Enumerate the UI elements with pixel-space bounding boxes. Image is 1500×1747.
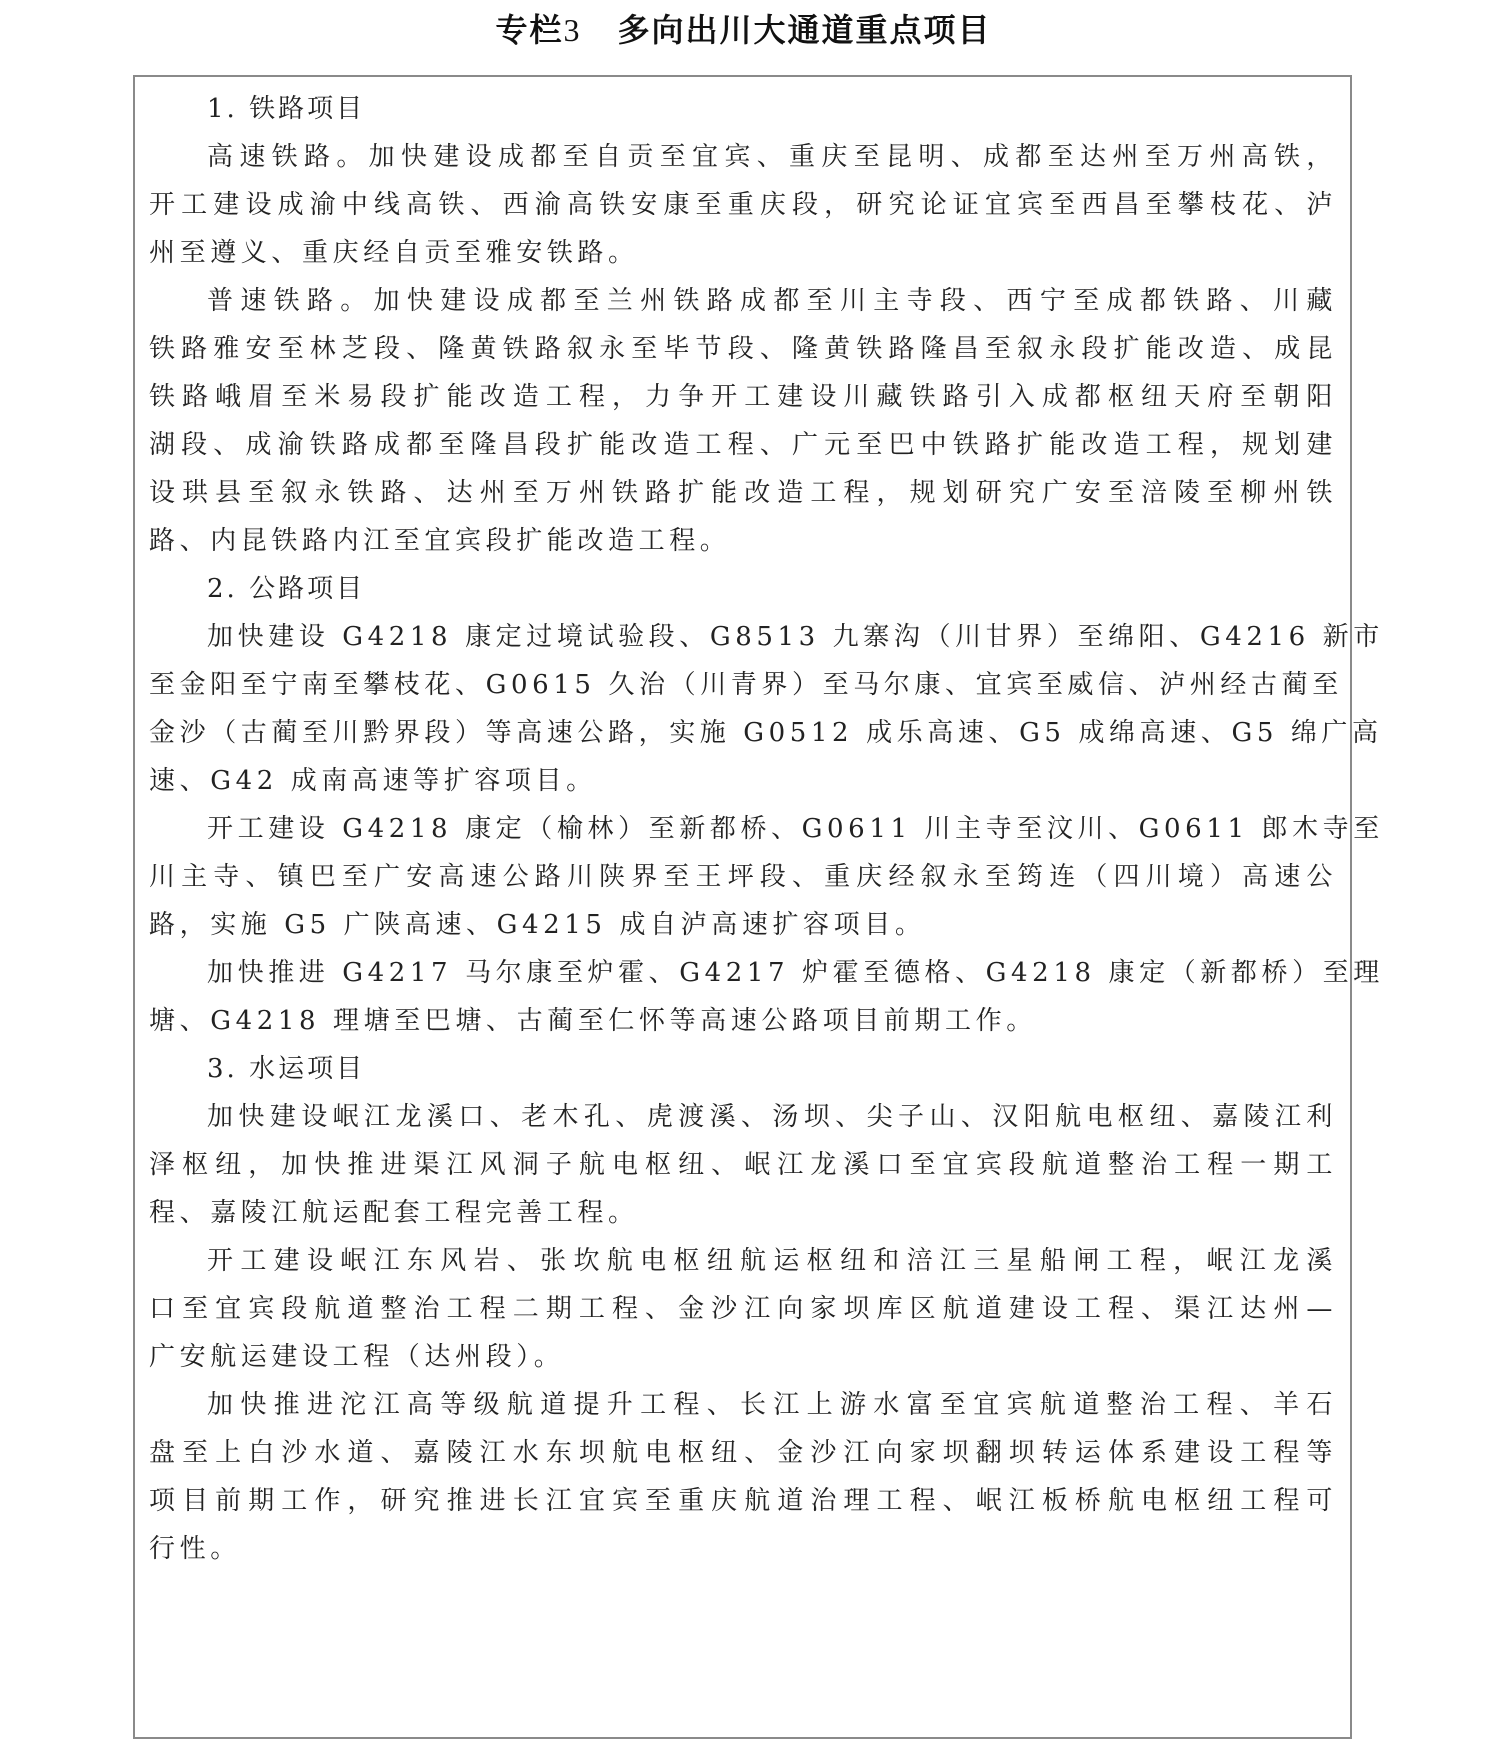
paragraph-highway-accelerate: 加快建设 G4218 康定过境试验段、G8513 九寨沟（川甘界）至绵阳、G42… — [149, 613, 1337, 805]
text-line: 项目前期工作，研究推进长江宜宾至重庆航道治理工程、岷江板桥航电枢纽工程可 — [149, 1477, 1337, 1525]
text-line: 开工建设岷江东风岩、张坎航电枢纽航运枢纽和涪江三星船闸工程，岷江龙溪 — [149, 1237, 1337, 1285]
text-line: 口至宜宾段航道整治工程二期工程、金沙江向家坝库区航道建设工程、渠江达州— — [149, 1285, 1337, 1333]
text-line: 程、嘉陵江航运配套工程完善工程。 — [149, 1189, 1337, 1237]
paragraph-waterway-start: 开工建设岷江东风岩、张坎航电枢纽航运枢纽和涪江三星船闸工程，岷江龙溪 口至宜宾段… — [149, 1237, 1337, 1381]
column-label: 专栏 — [495, 11, 563, 49]
text-line: 加快建设岷江龙溪口、老木孔、虎渡溪、汤坝、尖子山、汉阳航电枢纽、嘉陵江利 — [149, 1093, 1337, 1141]
text-line: 路、内昆铁路内江至宜宾段扩能改造工程。 — [149, 517, 1337, 565]
section-heading: 3. 水运项目 — [149, 1045, 1337, 1093]
column-title-text: 多向出川大通道重点项目 — [618, 11, 992, 49]
text-line: 铁路雅安至林芝段、隆黄铁路叙永至毕节段、隆黄铁路隆昌至叙永段扩能改造、成昆 — [149, 325, 1337, 373]
paragraph-highway-preliminary: 加快推进 G4217 马尔康至炉霍、G4217 炉霍至德格、G4218 康定（新… — [149, 949, 1337, 1045]
text-line: 速、G42 成南高速等扩容项目。 — [149, 757, 1337, 805]
text-line: 设珙县至叙永铁路、达州至万州铁路扩能改造工程，规划研究广安至涪陵至柳州铁 — [149, 469, 1337, 517]
section-heading: 2. 公路项目 — [149, 565, 1337, 613]
column-box: 1. 铁路项目 高速铁路。加快建设成都至自贡至宜宾、重庆至昆明、成都至达州至万州… — [133, 75, 1352, 1739]
text-line: 开工建设 G4218 康定（榆林）至新都桥、G0611 川主寺至汶川、G0611… — [149, 805, 1337, 853]
paragraph-highway-start: 开工建设 G4218 康定（榆林）至新都桥、G0611 川主寺至汶川、G0611… — [149, 805, 1337, 949]
column-title: 专栏3多向出川大通道重点项目 — [133, 8, 1354, 52]
text-line: 加快推进 G4217 马尔康至炉霍、G4217 炉霍至德格、G4218 康定（新… — [149, 949, 1337, 997]
text-line: 广安航运建设工程（达州段）。 — [149, 1333, 1337, 1381]
text-line: 川主寺、镇巴至广安高速公路川陕界至王坪段、重庆经叙永至筠连（四川境）高速公 — [149, 853, 1337, 901]
text-line: 普速铁路。加快建设成都至兰州铁路成都至川主寺段、西宁至成都铁路、川藏 — [149, 277, 1337, 325]
text-line: 铁路峨眉至米易段扩能改造工程，力争开工建设川藏铁路引入成都枢纽天府至朝阳 — [149, 373, 1337, 421]
section-highway: 2. 公路项目 加快建设 G4218 康定过境试验段、G8513 九寨沟（川甘界… — [149, 565, 1337, 1045]
text-line: 行性。 — [149, 1525, 1337, 1573]
text-line: 高速铁路。加快建设成都至自贡至宜宾、重庆至昆明、成都至达州至万州高铁， — [149, 133, 1337, 181]
text-line: 开工建设成渝中线高铁、西渝高铁安康至重庆段，研究论证宜宾至西昌至攀枝花、泸 — [149, 181, 1337, 229]
paragraph-conventional-rail: 普速铁路。加快建设成都至兰州铁路成都至川主寺段、西宁至成都铁路、川藏 铁路雅安至… — [149, 277, 1337, 565]
text-line: 州至遵义、重庆经自贡至雅安铁路。 — [149, 229, 1337, 277]
text-line: 加快推进沱江高等级航道提升工程、长江上游水富至宜宾航道整治工程、羊石 — [149, 1381, 1337, 1429]
paragraph-waterway-preliminary: 加快推进沱江高等级航道提升工程、长江上游水富至宜宾航道整治工程、羊石 盘至上白沙… — [149, 1381, 1337, 1573]
paragraph-waterway-accelerate: 加快建设岷江龙溪口、老木孔、虎渡溪、汤坝、尖子山、汉阳航电枢纽、嘉陵江利 泽枢纽… — [149, 1093, 1337, 1237]
column-number: 3 — [564, 12, 582, 48]
section-railway: 1. 铁路项目 高速铁路。加快建设成都至自贡至宜宾、重庆至昆明、成都至达州至万州… — [149, 85, 1337, 565]
text-line: 金沙（古蔺至川黔界段）等高速公路，实施 G0512 成乐高速、G5 成绵高速、G… — [149, 709, 1337, 757]
section-waterway: 3. 水运项目 加快建设岷江龙溪口、老木孔、虎渡溪、汤坝、尖子山、汉阳航电枢纽、… — [149, 1045, 1337, 1573]
section-heading: 1. 铁路项目 — [149, 85, 1337, 133]
text-line: 泽枢纽，加快推进渠江风洞子航电枢纽、岷江龙溪口至宜宾段航道整治工程一期工 — [149, 1141, 1337, 1189]
text-line: 塘、G4218 理塘至巴塘、古蔺至仁怀等高速公路项目前期工作。 — [149, 997, 1337, 1045]
text-line: 至金阳至宁南至攀枝花、G0615 久治（川青界）至马尔康、宜宾至威信、泸州经古蔺… — [149, 661, 1337, 709]
paragraph-high-speed-rail: 高速铁路。加快建设成都至自贡至宜宾、重庆至昆明、成都至达州至万州高铁， 开工建设… — [149, 133, 1337, 277]
column-content: 1. 铁路项目 高速铁路。加快建设成都至自贡至宜宾、重庆至昆明、成都至达州至万州… — [149, 85, 1337, 1573]
text-line: 路，实施 G5 广陕高速、G4215 成自泸高速扩容项目。 — [149, 901, 1337, 949]
text-line: 加快建设 G4218 康定过境试验段、G8513 九寨沟（川甘界）至绵阳、G42… — [149, 613, 1337, 661]
text-line: 湖段、成渝铁路成都至隆昌段扩能改造工程、广元至巴中铁路扩能改造工程，规划建 — [149, 421, 1337, 469]
text-line: 盘至上白沙水道、嘉陵江水东坝航电枢纽、金沙江向家坝翻坝转运体系建设工程等 — [149, 1429, 1337, 1477]
